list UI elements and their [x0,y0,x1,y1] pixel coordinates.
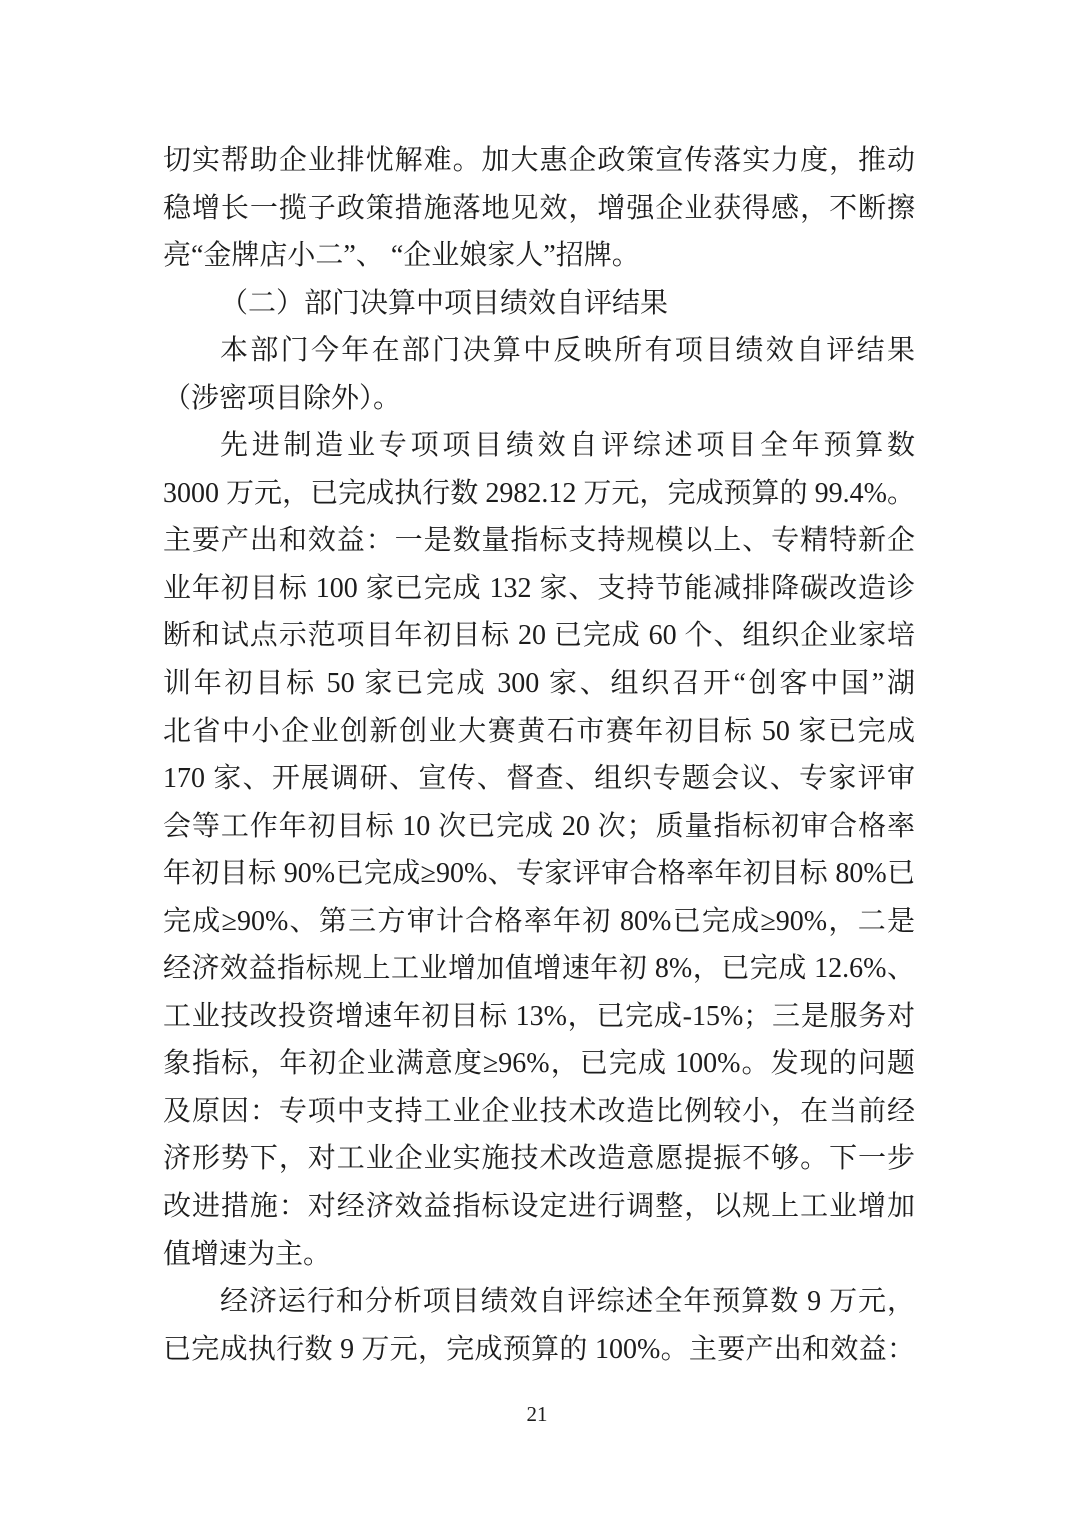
text-line: 经济效益指标规上工业增加值增速年初 8%，已完成 12.6%、 [163,945,915,993]
text-line: 亮“金牌店小二”、 “企业娘家人”招牌。 [163,232,915,280]
text-line: 稳增长一揽子政策措施落地见效，增强企业获得感，不断擦 [163,185,915,233]
text-line: 业年初目标 100 家已完成 132 家、支持节能减排降碳改造诊 [163,565,915,613]
text-line: 值增速为主。 [163,1231,915,1279]
text-line: 先进制造业专项项目绩效自评综述项目全年预算数 [163,422,915,470]
text-line: 主要产出和效益：一是数量指标支持规模以上、专精特新企 [163,517,915,565]
text-line: 训年初目标 50 家已完成 300 家、组织召开“创客中国”湖 [163,660,915,708]
text-line: 北省中小企业创新创业大赛黄石市赛年初目标 50 家已完成 [163,708,915,756]
text-line: 及原因：专项中支持工业企业技术改造比例较小，在当前经 [163,1088,915,1136]
document-page: 切实帮助企业排忧解难。加大惠企政策宣传落实力度，推动稳增长一揽子政策措施落地见效… [0,0,1074,1520]
text-line: 断和试点示范项目年初目标 20 已完成 60 个、组织企业家培 [163,612,915,660]
text-line: 济形势下，对工业企业实施技术改造意愿提振不够。下一步 [163,1135,915,1183]
page-number: 21 [0,1402,1074,1427]
section-heading: （二）部门决算中项目绩效自评结果 [163,280,915,328]
text-line: 经济运行和分析项目绩效自评综述全年预算数 9 万元， [163,1278,915,1326]
text-line: 会等工作年初目标 10 次已完成 20 次；质量指标初审合格率 [163,803,915,851]
text-line: 工业技改投资增速年初目标 13%，已完成-15%；三是服务对 [163,993,915,1041]
text-line: 改进措施：对经济效益指标设定进行调整，以规上工业增加 [163,1183,915,1231]
text-line: 象指标，年初企业满意度≥96%，已完成 100%。发现的问题 [163,1040,915,1088]
text-line: 切实帮助企业排忧解难。加大惠企政策宣传落实力度，推动 [163,137,915,185]
text-line: 已完成执行数 9 万元，完成预算的 100%。主要产出和效益： [163,1326,915,1374]
text-line: 年初目标 90%已完成≥90%、专家评审合格率年初目标 80%已 [163,850,915,898]
text-line: 170 家、开展调研、宣传、督查、组织专题会议、专家评审 [163,755,915,803]
text-line: 本部门今年在部门决算中反映所有项目绩效自评结果 [163,327,915,375]
text-line: （涉密项目除外）。 [163,375,915,423]
document-body: 切实帮助企业排忧解难。加大惠企政策宣传落实力度，推动稳增长一揽子政策措施落地见效… [163,137,915,1373]
text-line: 完成≥90%、第三方审计合格率年初 80%已完成≥90%，二是 [163,898,915,946]
text-line: 3000 万元，已完成执行数 2982.12 万元，完成预算的 99.4%。 [163,470,915,518]
